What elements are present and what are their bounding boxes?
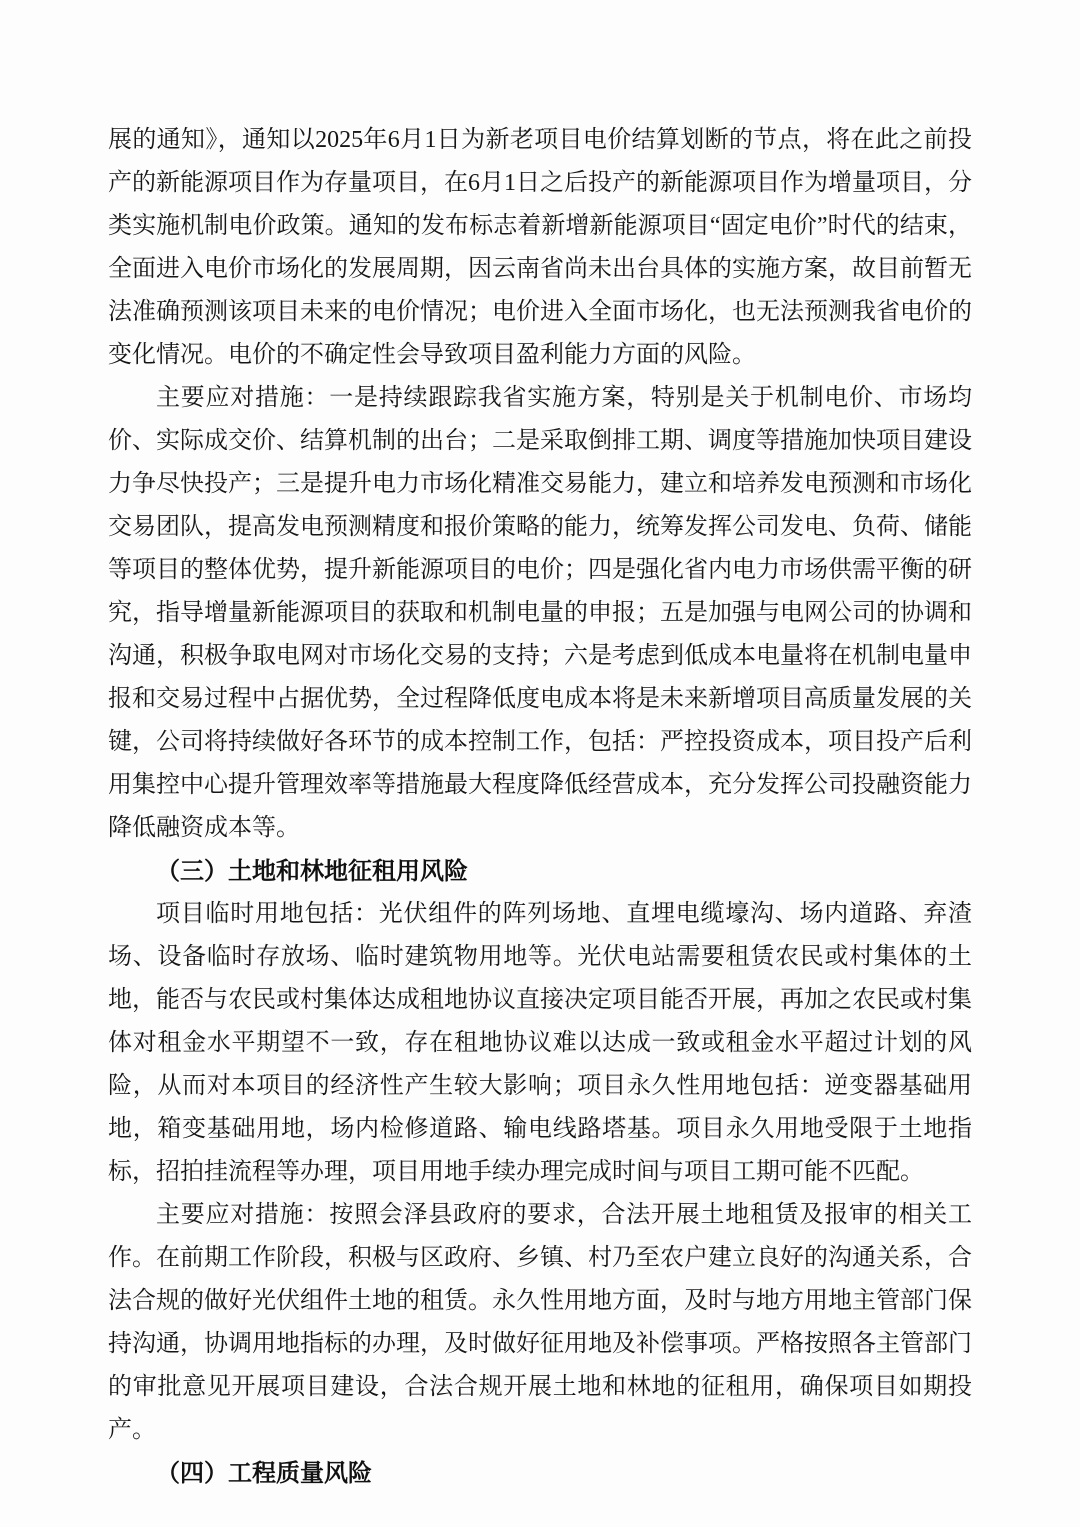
section-heading-3-land-forest-lease-risk: （三）土地和林地征租用风险 xyxy=(108,850,972,893)
paragraph-land-risk-measures: 主要应对措施：按照会泽县政府的要求，合法开展土地租赁及报审的相关工作。在前期工作… xyxy=(108,1194,972,1452)
paragraph-price-risk-measures: 主要应对措施：一是持续跟踪我省实施方案，特别是关于机制电价、市场均价、实际成交价… xyxy=(108,377,972,850)
page-content: 展的通知》，通知以2025年6月1日为新老项目电价结算划断的节点，将在此之前投产… xyxy=(108,119,972,1495)
paragraph-electricity-price-risk: 展的通知》，通知以2025年6月1日为新老项目电价结算划断的节点，将在此之前投产… xyxy=(108,119,972,377)
document-page: 展的通知》，通知以2025年6月1日为新老项目电价结算划断的节点，将在此之前投产… xyxy=(0,0,1080,1527)
section-heading-4-engineering-quality-risk: （四）工程质量风险 xyxy=(108,1452,972,1495)
paragraph-land-use-risk: 项目临时用地包括：光伏组件的阵列场地、直埋电缆壕沟、场内道路、弃渣场、设备临时存… xyxy=(108,893,972,1194)
